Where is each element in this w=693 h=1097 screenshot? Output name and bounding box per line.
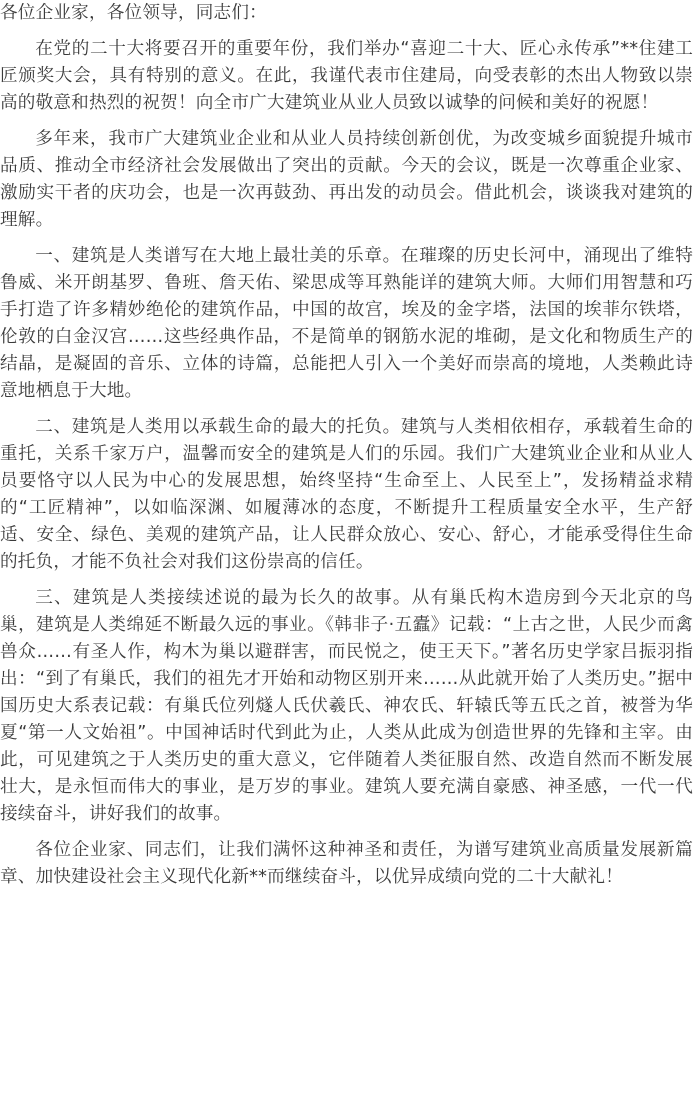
paragraph-opening: 在党的二十大将要召开的重要年份，我们举办“喜迎二十大、匠心永传承”**住建工匠颁… bbox=[0, 36, 693, 117]
salutation: 各位企业家，各位领导，同志们： bbox=[0, 0, 693, 27]
paragraph-point-one: 一、建筑是人类谱写在大地上最壮美的乐章。在璀璨的历史长河中，涌现出了维特鲁威、米… bbox=[0, 243, 693, 405]
paragraph-closing: 各位企业家、同志们，让我们满怀这种神圣和责任，为谱写建筑业高质量发展新篇章、加快… bbox=[0, 837, 693, 891]
paragraph-achievements: 多年来，我市广大建筑业企业和从业人员持续创新创优，为改变城乡面貌提升城市品质、推… bbox=[0, 126, 693, 234]
speech-document: 各位企业家，各位领导，同志们： 在党的二十大将要召开的重要年份，我们举办“喜迎二… bbox=[0, 0, 693, 891]
paragraph-point-two: 二、建筑是人类用以承载生命的最大的托负。建筑与人类相依相存，承载着生命的重托，关… bbox=[0, 414, 693, 576]
paragraph-point-three: 三、建筑是人类接续述说的最为长久的故事。从有巢氏构木造房到今天北京的鸟巢，建筑是… bbox=[0, 585, 693, 828]
